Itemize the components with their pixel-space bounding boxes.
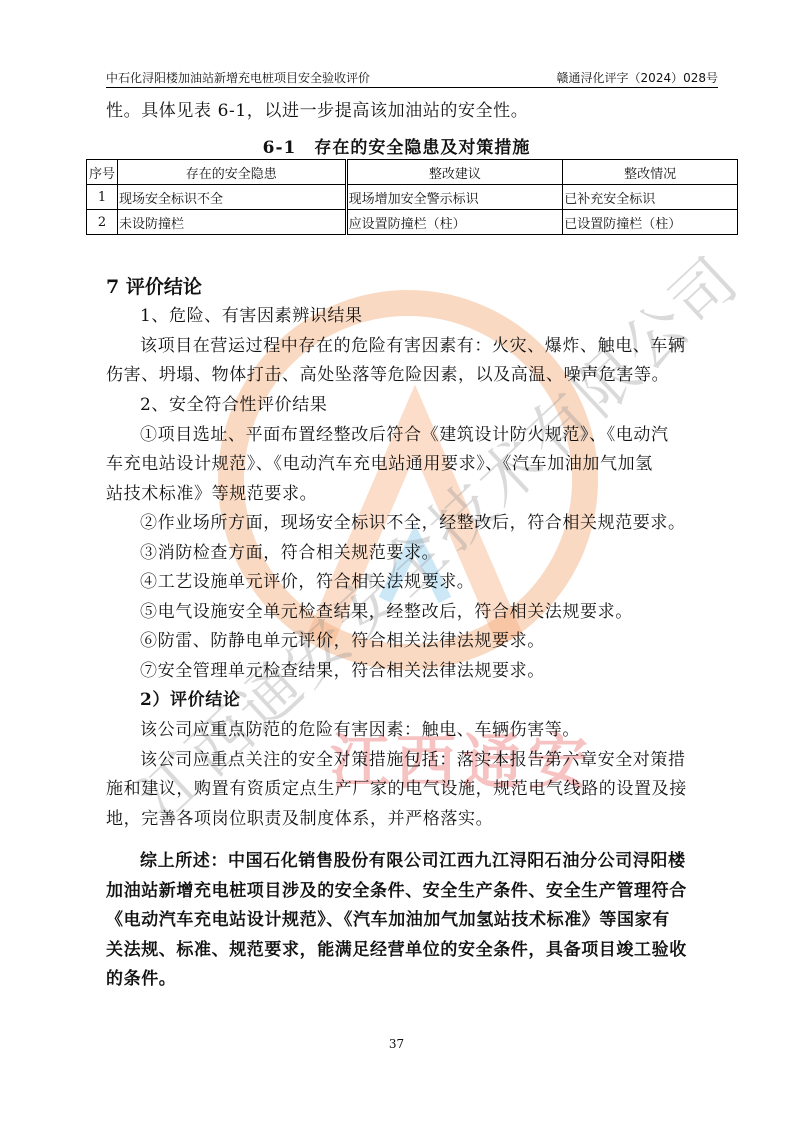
page-number: 37 — [0, 1037, 793, 1051]
section-title: 7 评价结论 — [106, 272, 202, 299]
table-cell: 应设置防撞栏（柱） — [346, 210, 563, 235]
intro-line: 性。具体见表 6-1，以进一步提高该加油站的安全性。 — [106, 100, 528, 122]
summary-line: 关法规、标准、规范要求，能满足经营单位的安全条件，具备项目竣工验收 — [106, 939, 687, 961]
paragraph-line: 伤害、坍塌、物体打击、高处坠落等危险因素，以及高温、噪声危害等。 — [106, 364, 669, 386]
paragraph-line: ⑦安全管理单元检查结果，符合相关法律法规要求。 — [140, 660, 545, 682]
table-cell: 已设置防撞栏（柱） — [563, 210, 738, 235]
table-caption: 6-1 存在的安全隐患及对策措施 — [0, 133, 793, 158]
paragraph-line: 地，完善各项岗位职责及制度体系，并严格落实。 — [106, 808, 493, 830]
summary-line: 综上所述：中国石化销售股份有限公司江西九江浔阳石油分公司浔阳楼 — [140, 850, 686, 872]
summary-line: 的条件。 — [106, 968, 176, 990]
paragraph-line: ①项目选址、平面布置经整改后符合《建筑设计防火规范》、《电动汽 — [140, 424, 669, 446]
header-doc-number: 赣通浔化评字（2024）028号 — [557, 70, 718, 86]
table-header-cell: 整改建议 — [346, 160, 563, 185]
paragraph-line: 车充电站设计规范》、《电动汽车充电站通用要求》、《汽车加油加气加氢 — [106, 453, 653, 475]
table-cell: 已补充安全标识 — [563, 185, 738, 210]
table-header-row: 序号 存在的安全隐患 整改建议 整改情况 — [87, 160, 738, 185]
table-header-cell: 序号 — [87, 160, 118, 185]
subheading: 1、危险、有害因素辨识结果 — [140, 305, 363, 327]
summary-line: 《电动汽车充电站设计规范》、《汽车加油加气加氢站技术标准》等国家有 — [106, 909, 670, 931]
hazard-table: 序号 存在的安全隐患 整改建议 整改情况 1 现场安全标识不全 现场增加安全警示… — [86, 159, 738, 235]
table-row: 1 现场安全标识不全 现场增加安全警示标识 已补充安全标识 — [87, 185, 738, 210]
paragraph-line: ④工艺设施单元评价，符合相关法规要求。 — [140, 571, 474, 593]
table-header-cell: 整改情况 — [563, 160, 738, 185]
paragraph-line: 站技术标准》等规范要求。 — [106, 483, 317, 505]
paragraph-line: 该项目在营运过程中存在的危险有害因素有：火灾、爆炸、触电、车辆 — [140, 335, 686, 357]
table-cell: 现场增加安全警示标识 — [346, 185, 563, 210]
table-header-cell: 存在的安全隐患 — [117, 160, 346, 185]
subheading: 2）评价结论 — [140, 689, 240, 711]
paragraph-line: 该公司应重点防范的危险有害因素：触电、车辆伤害等。 — [140, 719, 580, 741]
paragraph-line: ②作业场所方面，现场安全标识不全，经整改后，符合相关规范要求。 — [140, 512, 686, 534]
paragraph-line: ③消防检查方面，符合相关规范要求。 — [140, 542, 439, 564]
page-header: 中石化浔阳楼加油站新增充电桩项目安全验收评价 赣通浔化评字（2024）028号 — [106, 70, 718, 88]
table-row: 2 未设防撞栏 应设置防撞栏（柱） 已设置防撞栏（柱） — [87, 210, 738, 235]
table-cell: 1 — [87, 185, 118, 210]
paragraph-line: ⑤电气设施安全单元检查结果，经整改后，符合相关法规要求。 — [140, 601, 633, 623]
subheading: 2、安全符合性评价结果 — [140, 394, 327, 416]
table-cell: 现场安全标识不全 — [117, 185, 346, 210]
paragraph-line: 施和建议，购置有资质定点生产厂家的电气设施，规范电气线路的设置及接 — [106, 778, 687, 800]
table-cell: 未设防撞栏 — [117, 210, 346, 235]
header-title: 中石化浔阳楼加油站新增充电桩项目安全验收评价 — [106, 70, 370, 86]
table-cell: 2 — [87, 210, 118, 235]
summary-line: 加油站新增充电桩项目涉及的安全条件、安全生产条件、安全生产管理符合 — [106, 880, 687, 902]
paragraph-line: ⑥防雷、防静电单元评价，符合相关法律法规要求。 — [140, 630, 545, 652]
paragraph-line: 该公司应重点关注的安全对策措施包括：落实本报告第六章安全对策措 — [140, 749, 686, 771]
